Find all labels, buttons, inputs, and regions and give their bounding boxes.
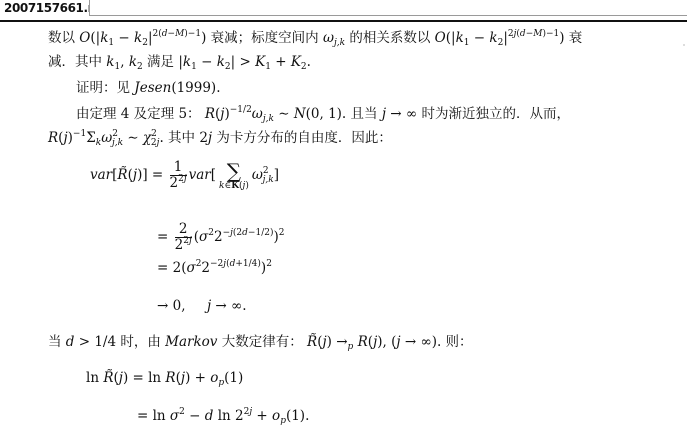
header-divider [0,20,687,22]
title-bar: 2007157661.nh [0,0,687,17]
equation-ln-2: = ln σ2 − d ln 22j + op(1). [137,408,309,424]
equation-step-2: = 2(σ22−2j(d+1/4))2 [157,260,272,276]
text-line-4: 由定理 4 及定理 5： R(j)−1/2ωj,k ∼ N(0, 1). 且当 … [76,106,570,122]
equation-var: var[R̃(j)] = 122jvar[∑k∈K(j)ω2j,k] [90,160,279,191]
title-field[interactable] [89,0,687,16]
text-line-markov: 当 d > 1/4 时，由 Markov 大数定律有： R̃(j) →p R(j… [48,334,473,350]
text-line-1: 数以 O(|k1 − k2|2(d−M)−1) 衰减；标度空间内 ωj,k 的相… [48,30,582,46]
scan-speck [683,44,685,46]
equation-step-3: → 0, j → ∞. [157,298,247,314]
equation-step-1: = 222j(σ22−j(2d−1/2))2 [157,222,284,253]
equation-ln-1: ln R̃(j) = ln R(j) + op(1) [86,370,243,386]
text-line-2: 减．其中 k1, k2 满足 |k1 − k2| > K1 + K2. [48,54,311,70]
text-line-5: R(j)−1Σkω2j,k ∼ χ22j. 其中 2j 为卡方分布的自由度．因此… [48,130,392,146]
proof-line: 证明：见 Jesen(1999). [76,80,221,96]
